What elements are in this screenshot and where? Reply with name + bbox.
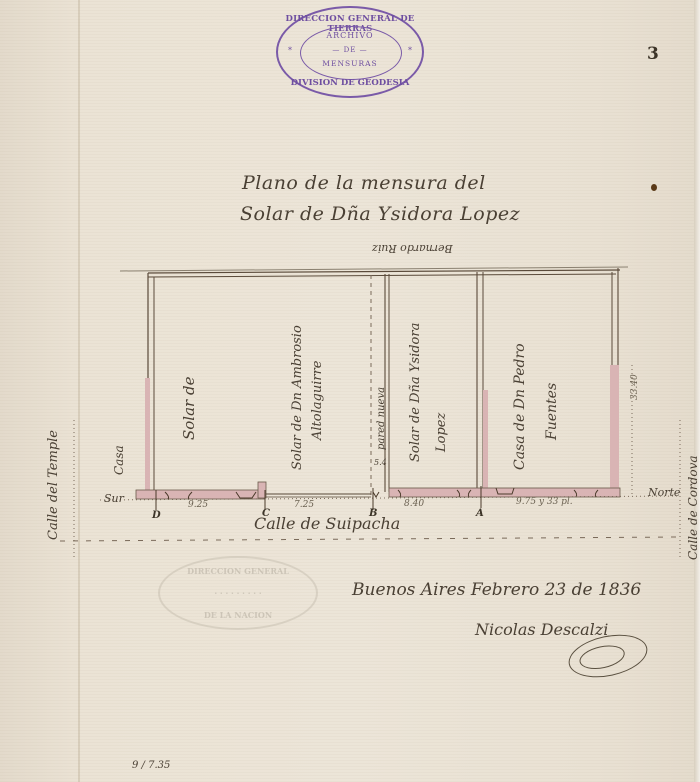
lot-label-pared-nueva: pared nueva	[376, 387, 387, 450]
small-mark: 5.4	[374, 458, 387, 467]
street-suipacha: Calle de Suipacha	[254, 514, 400, 533]
street-cordova: Calle de Cordova	[686, 455, 700, 560]
dim-C-B: 7.25	[294, 500, 314, 510]
faded-stamp: DIRECCION GENERAL · · · · · · · · · DE L…	[158, 556, 318, 630]
dim-depth: 33.40	[630, 374, 640, 400]
lot-label-altolaguirre: Altolaguirre	[310, 361, 325, 440]
corner-note: 9 / 7.35	[132, 760, 170, 771]
street-temple: Calle del Temple	[46, 430, 61, 540]
lot-label-ambrosio: Solar de Dn Ambrosio	[290, 325, 305, 470]
dim-D-C: 9.25	[188, 500, 208, 510]
faded-stamp-line3: DE LA NACION	[160, 610, 316, 620]
dim-B-A: 8.40	[404, 499, 424, 509]
compass-sur: Sur	[104, 492, 124, 505]
point-D: D	[152, 510, 161, 521]
lot-label-fuentes: Fuentes	[544, 383, 560, 440]
faded-stamp-line2: · · · · · · · · ·	[160, 588, 316, 598]
lot-label-pedro: Casa de Dn Pedro	[512, 343, 528, 470]
lot-label-ysidora: Solar de Dña Ysidora	[408, 323, 423, 462]
compass-norte: Norte	[648, 486, 680, 499]
faded-stamp-line1: DIRECCION GENERAL	[160, 566, 316, 576]
place-date: Buenos Aires Febrero 23 de 1836	[352, 580, 641, 600]
lot-label-lopez: Lopez	[434, 413, 449, 452]
dim-A-end: 9.75 y 33 pl.	[516, 497, 573, 507]
casa-label: Casa	[112, 445, 126, 475]
signature: Nicolas Descalzi	[475, 620, 608, 639]
lot-label-solar: Solar de	[180, 377, 198, 440]
point-A: A	[476, 508, 484, 519]
